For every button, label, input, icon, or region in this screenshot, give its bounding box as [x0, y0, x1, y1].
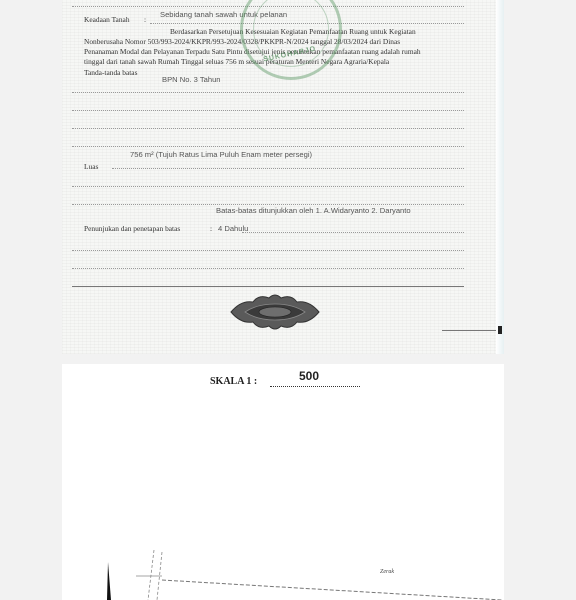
paragraph-line-4: tinggal dari tanah sawah Rumah Tinggal s…	[84, 57, 389, 66]
document-page-2: SKALA 1 : 500 Zerak	[62, 364, 504, 600]
decorative-seal-icon	[227, 292, 323, 332]
luas-value: 756 m² (Tujuh Ratus Lima Puluh Enam mete…	[130, 150, 312, 159]
ruled-line	[72, 286, 464, 287]
ruled-line	[72, 146, 464, 147]
ruled-line	[442, 330, 496, 331]
land-map-sketch	[62, 364, 504, 600]
keadaan-tanah-sep: :	[144, 15, 146, 24]
ruled-line	[72, 204, 464, 205]
bpn-text: BPN No. 3 Tahun	[162, 75, 221, 84]
batas-text: Batas-batas ditunjukkan oleh 1. A.Widary…	[216, 206, 411, 215]
ruled-line	[72, 92, 464, 93]
ruled-line	[242, 232, 464, 233]
penunjukan-sep: :	[210, 224, 212, 233]
north-arrow-icon	[107, 562, 111, 600]
map-label: Zerak	[380, 569, 394, 575]
ruled-line	[112, 168, 464, 169]
luas-label: Luas	[84, 162, 98, 171]
penunjukan-label: Penunjukan dan penetapan batas	[84, 224, 180, 233]
corner-mark	[498, 326, 502, 334]
ruled-line	[72, 268, 464, 269]
document-page-1: Keadaan Tanah : Sebidang tanah sawah unt…	[62, 0, 504, 354]
ruled-line	[72, 186, 464, 187]
tanda-batas-label: Tanda-tanda batas	[84, 68, 137, 77]
ruled-line	[72, 110, 464, 111]
ruled-line	[72, 250, 464, 251]
ruled-line	[72, 128, 464, 129]
keadaan-tanah-label: Keadaan Tanah	[84, 15, 130, 24]
page-edge	[496, 0, 504, 354]
